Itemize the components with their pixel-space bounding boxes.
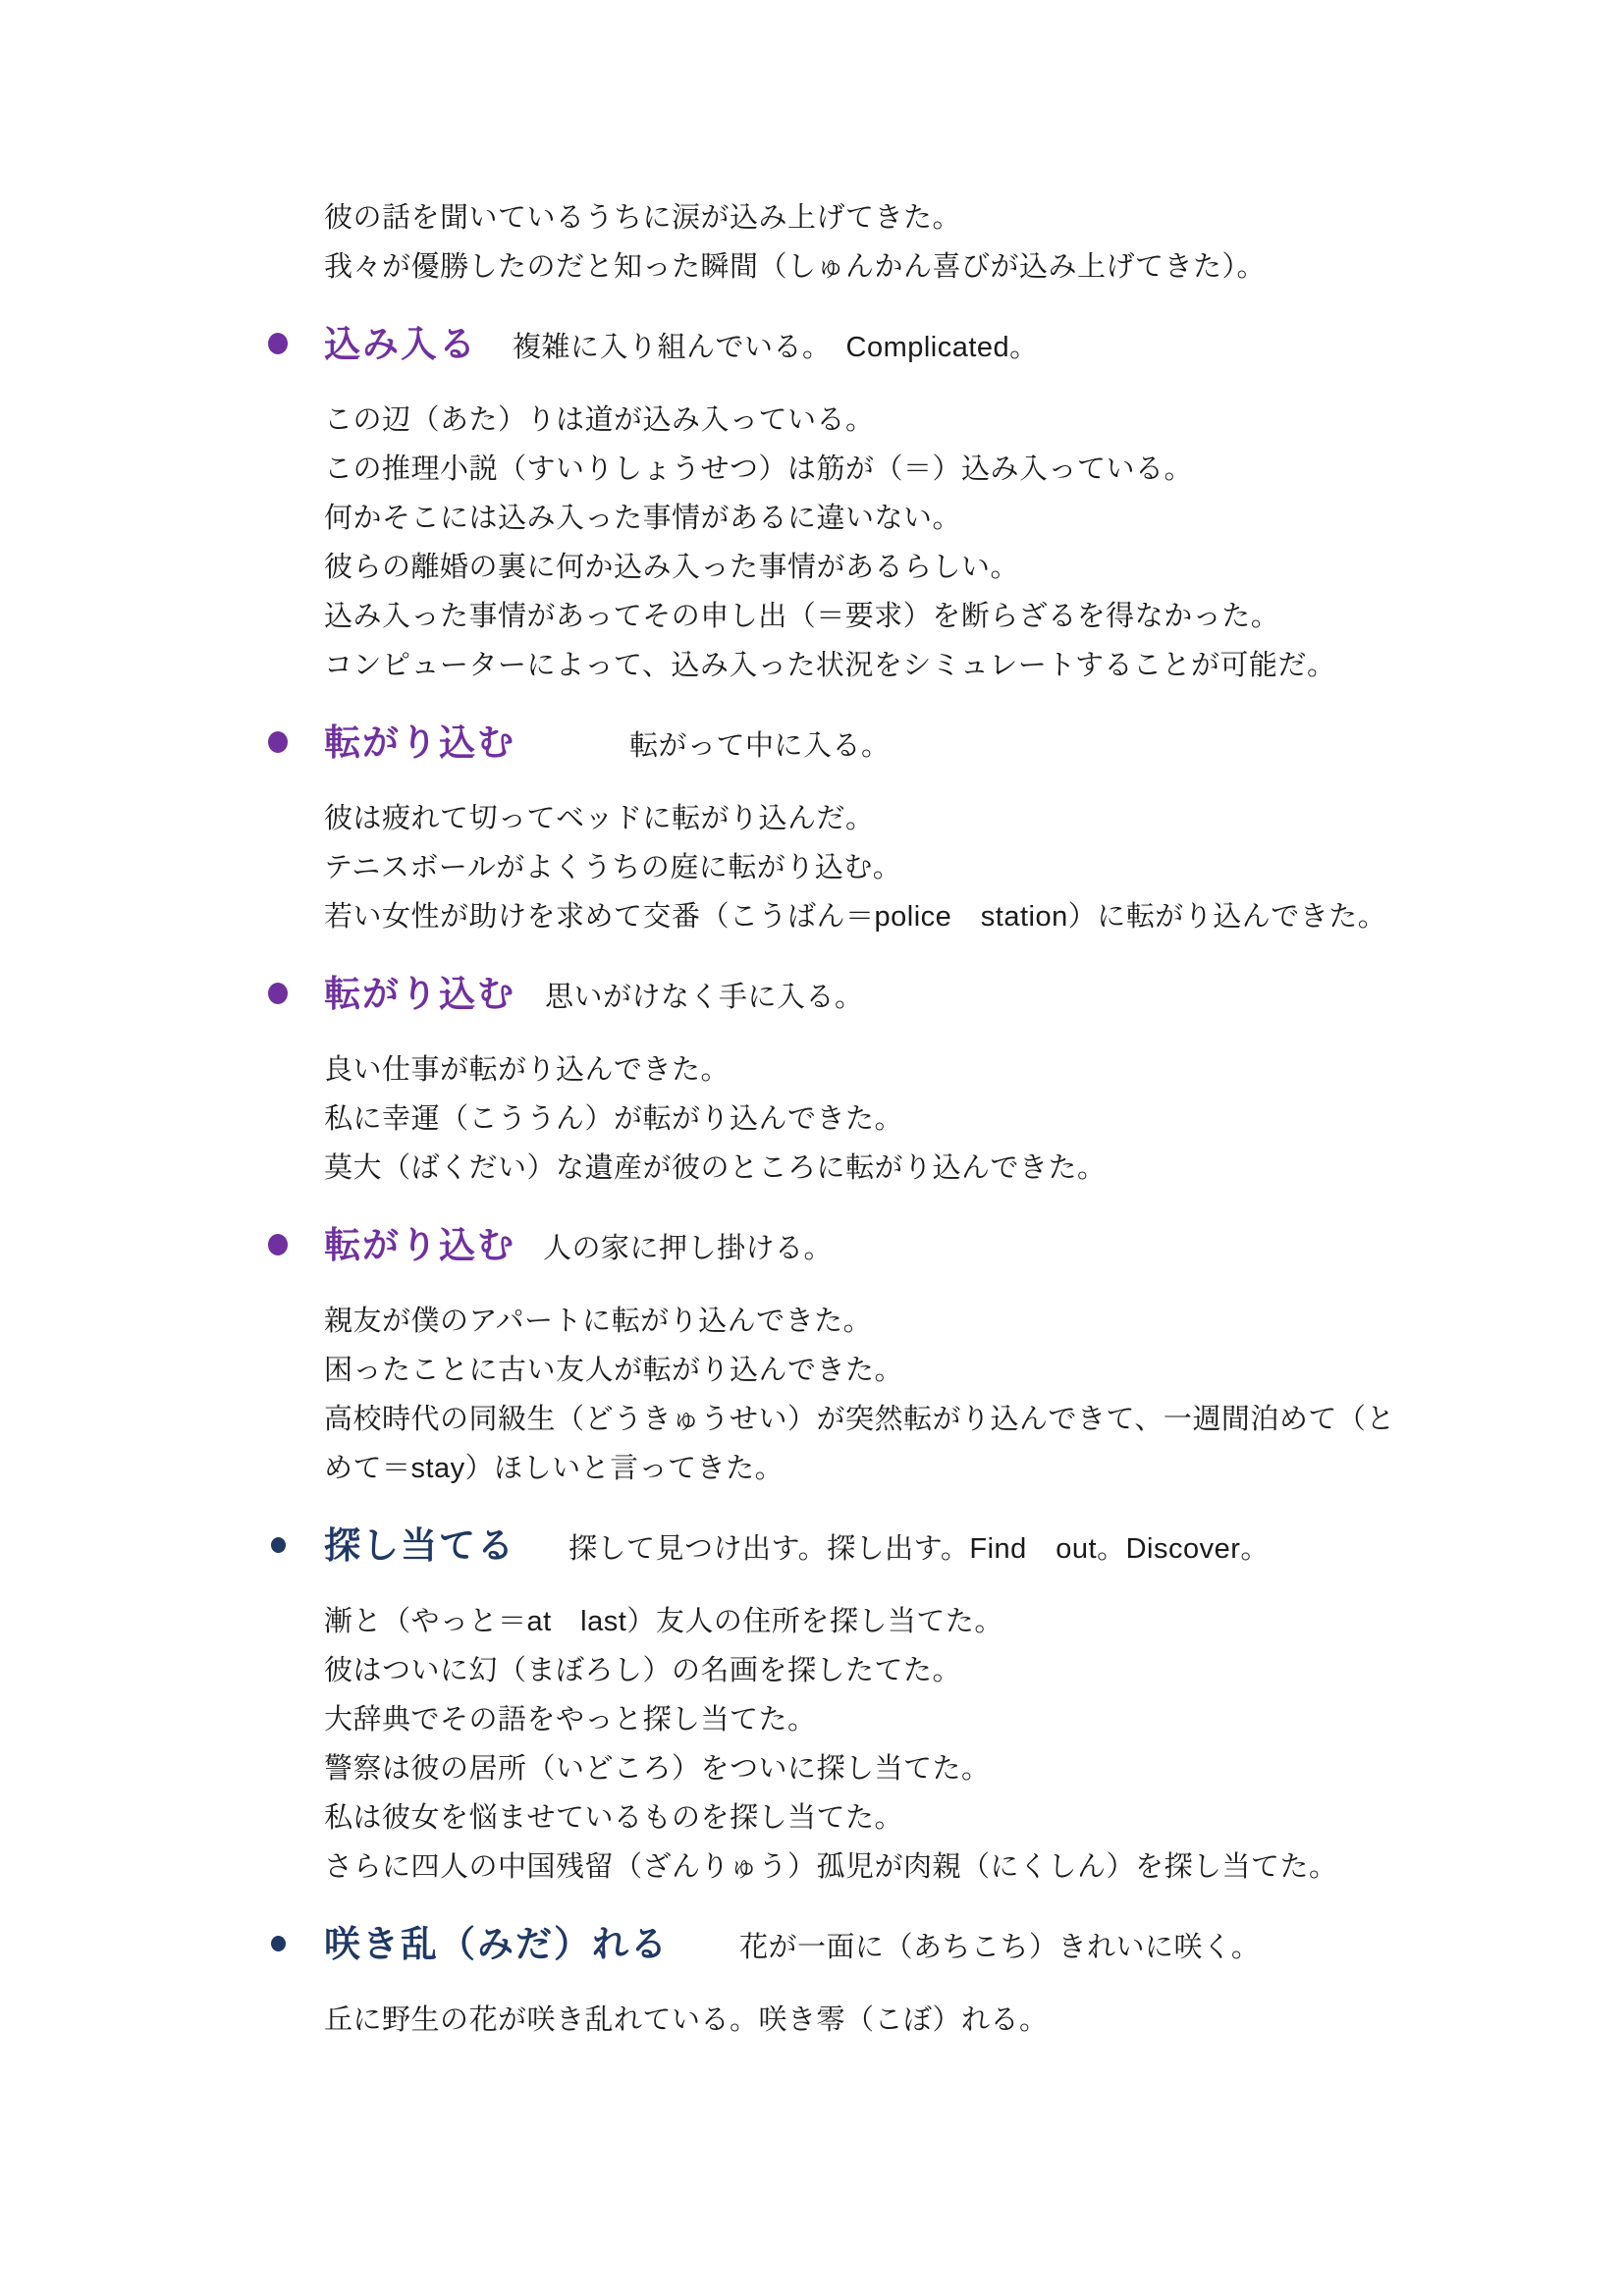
page-content: 彼の話を聞いているうちに涙が込み上げてきた。 我々が優勝したのだと知った瞬間（し…	[0, 0, 1624, 2045]
example-sentence: 込み入った事情があってその申し出（＝要求）を断らざるを得なかった。	[324, 592, 1402, 641]
vocabulary-page: 彼の話を聞いているうちに涙が込み上げてきた。 我々が優勝したのだと知った瞬間（し…	[0, 0, 1624, 2296]
vocab-section: 咲き乱（みだ）れる花が一面に（あちこち）きれいに咲く。丘に野生の花が咲き乱れてい…	[324, 1917, 1428, 2045]
example-sentence: 何かそこには込み入った事情があるに違いない。	[324, 494, 1402, 543]
section-heading: 込み入る複雑に入り組んでいる。 Complicated。	[324, 317, 1428, 380]
vocab-sections: 込み入る複雑に入り組んでいる。 Complicated。この辺（あた）りは道が込…	[324, 317, 1428, 2045]
example-sentence: 困ったことに古い友人が転がり込んできた。	[324, 1346, 1402, 1395]
vocab-section: 探し当てる探して見つけ出す。探し出す。Find out。Discover。漸と（…	[324, 1519, 1428, 1892]
bullet-icon	[271, 1936, 286, 1951]
example-sentences: 漸と（やっと＝at last）友人の住所を探し当てた。彼はついに幻（まぼろし）の…	[324, 1597, 1428, 1892]
example-sentence: 若い女性が助けを求めて交番（こうばん＝police station）に転がり込ん…	[324, 892, 1402, 941]
example-sentence: 高校時代の同級生（どうきゅうせい）が突然転がり込んできて、一週間泊めて（とめて＝…	[324, 1395, 1402, 1493]
section-heading: 咲き乱（みだ）れる花が一面に（あちこち）きれいに咲く。	[324, 1917, 1428, 1980]
section-heading: 探し当てる探して見つけ出す。探し出す。Find out。Discover。	[324, 1519, 1428, 1581]
vocab-section: 込み入る複雑に入り組んでいる。 Complicated。この辺（あた）りは道が込…	[324, 317, 1428, 690]
headword: 込み入る	[324, 324, 477, 364]
example-sentence: 私は彼女を悩ませているものを探し当てた。	[324, 1793, 1402, 1842]
example-sentence: さらに四人の中国残留（ざんりゅう）孤児が肉親（にくしん）を探し当てた。	[324, 1842, 1402, 1892]
headword: 転がり込む	[324, 722, 515, 763]
example-sentence: 私に幸運（こううん）が転がり込んできた。	[324, 1095, 1402, 1144]
section-heading: 転がり込む人の家に押し掛ける。	[324, 1218, 1428, 1281]
bullet-icon	[268, 1234, 288, 1255]
section-heading: 転がり込む思いがけなく手に入る。	[324, 967, 1428, 1030]
vocab-section: 転がり込む転がって中に入る。彼は疲れて切ってベッドに転がり込んだ。テニスボールが…	[324, 716, 1428, 941]
example-sentence: 彼らの離婚の裏に何か込み入った事情があるらしい。	[324, 543, 1402, 592]
example-sentence: 警察は彼の居所（いどころ）をついに探し当てた。	[324, 1744, 1402, 1793]
example-sentences: 良い仕事が転がり込んできた。私に幸運（こううん）が転がり込んできた。莫大（ばくだ…	[324, 1045, 1428, 1193]
example-sentence: この辺（あた）りは道が込み入っている。	[324, 396, 1402, 445]
headword-description: 探して見つけ出す。探し出す。Find out。Discover。	[568, 1533, 1270, 1565]
example-sentences: 彼は疲れて切ってベッドに転がり込んだ。テニスボールがよくうちの庭に転がり込む。若…	[324, 794, 1428, 941]
headword: 転がり込む	[324, 974, 515, 1014]
headword-description: 複雑に入り組んでいる。 Complicated。	[513, 332, 1039, 363]
headword-description: 花が一面に（あちこち）きれいに咲く。	[739, 1932, 1260, 1963]
example-sentence: この推理小説（すいりしょうせつ）は筋が（＝）込み入っている。	[324, 445, 1402, 494]
intro-example-line: 彼の話を聞いているうちに涙が込み上げてきた。	[324, 193, 1402, 242]
example-sentence: テニスボールがよくうちの庭に転がり込む。	[324, 843, 1402, 892]
example-sentence: 彼は疲れて切ってベッドに転がり込んだ。	[324, 794, 1402, 843]
example-sentences: この辺（あた）りは道が込み入っている。この推理小説（すいりしょうせつ）は筋が（＝…	[324, 396, 1428, 690]
example-sentences: 親友が僕のアパートに転がり込んできた。困ったことに古い友人が転がり込んできた。高…	[324, 1297, 1428, 1493]
headword-description: 人の家に押し掛ける。	[543, 1233, 833, 1264]
vocab-section: 転がり込む人の家に押し掛ける。親友が僕のアパートに転がり込んできた。困ったことに…	[324, 1218, 1428, 1493]
bullet-icon	[268, 731, 288, 753]
example-sentences: 丘に野生の花が咲き乱れている。咲き零（こぼ）れる。	[324, 1996, 1428, 2045]
example-sentence: 大辞典でその語をやっと探し当てた。	[324, 1695, 1402, 1744]
intro-examples: 彼の話を聞いているうちに涙が込み上げてきた。 我々が優勝したのだと知った瞬間（し…	[324, 193, 1428, 292]
section-heading: 転がり込む転がって中に入る。	[324, 716, 1428, 778]
example-sentence: 彼はついに幻（まぼろし）の名画を探したてた。	[324, 1646, 1402, 1695]
intro-example-line: 我々が優勝したのだと知った瞬間（しゅんかん喜びが込み上げてきた）。	[324, 242, 1402, 292]
example-sentence: 親友が僕のアパートに転がり込んできた。	[324, 1297, 1402, 1346]
example-sentence: 良い仕事が転がり込んできた。	[324, 1045, 1402, 1095]
headword: 転がり込む	[324, 1225, 515, 1265]
example-sentence: コンピューターによって、込み入った状況をシミュレートすることが可能だ。	[324, 641, 1402, 690]
bullet-icon	[271, 1537, 286, 1553]
example-sentence: 莫大（ばくだい）な遺産が彼のところに転がり込んできた。	[324, 1144, 1402, 1193]
headword-description: 思いがけなく手に入る。	[545, 982, 864, 1013]
bullet-icon	[268, 983, 288, 1004]
vocab-section: 転がり込む思いがけなく手に入る。良い仕事が転がり込んできた。私に幸運（こううん）…	[324, 967, 1428, 1193]
example-sentence: 漸と（やっと＝at last）友人の住所を探し当てた。	[324, 1597, 1402, 1646]
bullet-icon	[268, 333, 288, 354]
headword-description: 転がって中に入る。	[629, 730, 891, 762]
example-sentence: 丘に野生の花が咲き乱れている。咲き零（こぼ）れる。	[324, 1996, 1402, 2045]
headword: 咲き乱（みだ）れる	[324, 1924, 669, 1964]
headword: 探し当てる	[324, 1525, 515, 1566]
